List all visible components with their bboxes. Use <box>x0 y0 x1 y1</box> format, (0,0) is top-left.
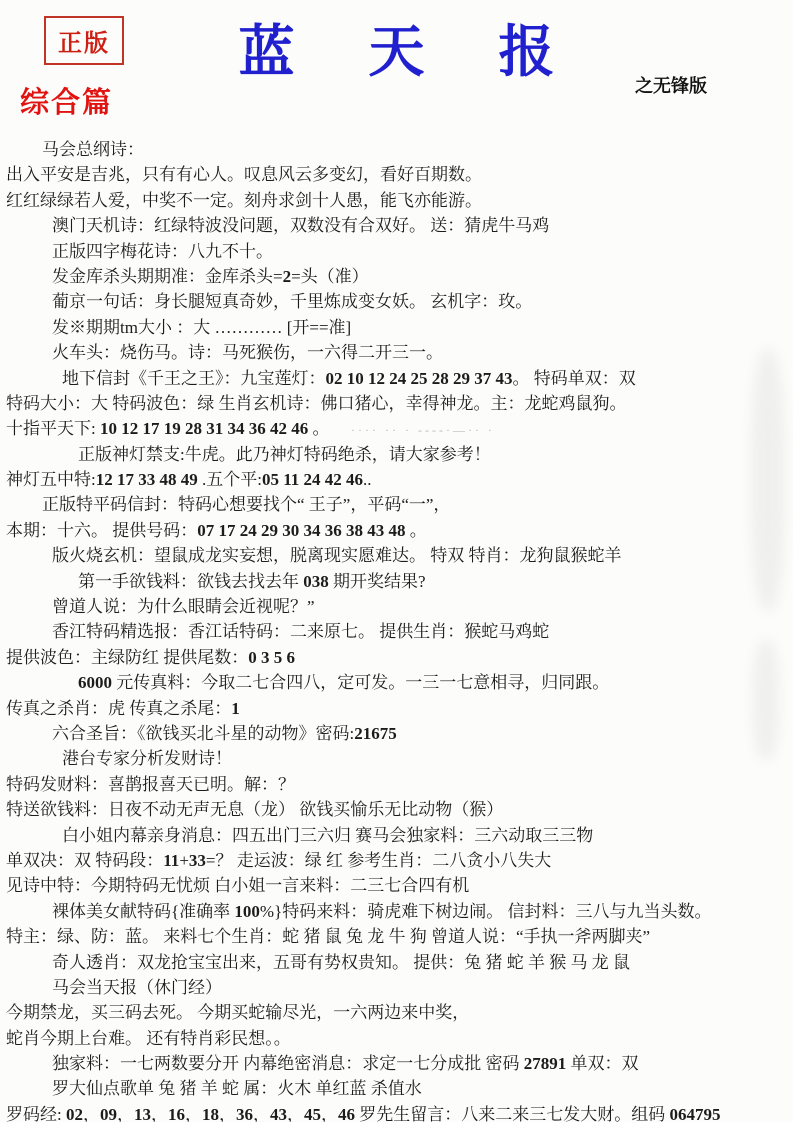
line-text: 葡京一句话：身长腿短真奇妙，千里炼成变女妖。 玄机字：玫。 <box>52 292 532 311</box>
line-text: 第一手欲钱料：欲钱去找去年 038 期开奖结果? <box>78 572 426 591</box>
line-text: 白小姐内幕亲身消息：四五出门三六归 赛马会独家料：三六动取三三物 <box>62 826 593 845</box>
newspaper-page: 正版 蓝 天 报 之无锋版 综合篇 马会总纲诗： 出入平安是吉兆，只有有心人。叹… <box>0 0 793 1122</box>
line-text: 奇人透肖：双龙抢宝宝出来，五哥有势权贵知。 提供：兔 猪 蛇 羊 猴 马 龙 鼠 <box>52 953 630 972</box>
text-line: 地下信封《千王之王》：九宝莲灯：02 10 12 24 25 28 29 37 … <box>0 366 793 391</box>
line-text: 正版神灯禁支:牛虎。此乃神灯特码绝杀，请大家参考！ <box>78 445 491 464</box>
text-line: 发金库杀头期期准：金库杀头=2=头（准） <box>0 264 793 289</box>
text-line: 出入平安是吉兆，只有有心人。叹息风云多变幻，看好百期数。 <box>0 162 793 187</box>
text-line: 澳门天机诗：红绿特波没问题，双数没有合双好。 送：猜虎牛马鸡 <box>0 213 793 238</box>
line-text: 正版特平码信封：特码心想要找个“ 王子”，平码“一”， <box>42 495 450 514</box>
line-text: 单双决：双 特码段：11+33=？ 走运波：绿 红 参考生肖：二八贪小八失大 <box>6 851 551 870</box>
line-text: 十指平天下: 10 12 17 19 28 31 34 36 42 46 。 <box>6 419 321 438</box>
line-text: 裸体美女献特码{准确率 100%}特码来料：骑虎难下树边闹。 信封料：三八与九当… <box>52 902 712 921</box>
text-line: 版火烧玄机：望鼠成龙实妄想，脱离现实愿难达。 特双 特肖：龙狗鼠猴蛇羊 <box>0 543 793 568</box>
line-text: 见诗中特：今期特码无忧烦 白小姐一言来料：二三七合四有机 <box>6 876 469 895</box>
line-text: 特码大小：大 特码波色：绿 生肖玄机诗：佛口猪心，幸得神龙。主：龙蛇鸡鼠狗。 <box>6 394 627 413</box>
line-text: 六合圣旨：《欲钱买北斗星的动物》密码:21675 <box>52 724 397 743</box>
text-line: 神灯五中特:12 17 33 48 49 .五个平:05 11 24 42 46… <box>0 467 793 492</box>
text-line: 香江特码精选报：香江话特码：二来原七。 提供生肖：猴蛇马鸡蛇 <box>0 619 793 644</box>
text-line: 传真之杀肖：虎 传真之杀尾：1 <box>0 696 793 721</box>
text-line: 今期禁龙，买三码去死。 今期买蛇输尽光，一六两边来中奖， <box>0 1000 793 1025</box>
text-line: 港台专家分析发财诗！ <box>0 746 793 771</box>
scan-dashes: ···· ·· · ----·—·· · <box>351 423 495 437</box>
text-line: 罗大仙点歌单 兔 猪 羊 蛇 属：火木 单红蓝 杀值水 <box>0 1076 793 1101</box>
line-text: 特主：绿、防：蓝。 来料七个生肖：蛇 猪 鼠 兔 龙 牛 狗 曾道人说：“手执一… <box>6 927 650 946</box>
text-line: 第一手欲钱料：欲钱去找去年 038 期开奖结果? <box>0 569 793 594</box>
line-text: 本期：十六。 提供号码：07 17 24 29 30 34 36 38 43 4… <box>6 521 427 540</box>
line-text: 港台专家分析发财诗！ <box>62 749 232 768</box>
line-text: 发※期期tm大小 ：大 ………… [开==准] <box>52 318 351 337</box>
scan-artifact <box>753 640 779 760</box>
text-line: 裸体美女献特码{准确率 100%}特码来料：骑虎难下树边闹。 信封料：三八与九当… <box>0 899 793 924</box>
line-text: 传真之杀肖：虎 传真之杀尾：1 <box>6 699 240 718</box>
line-text: 曾道人说：为什么眼睛会近视呢？” <box>52 597 315 616</box>
line-text: 发金库杀头期期准：金库杀头=2=头（准） <box>52 267 369 286</box>
text-line: 正版四字梅花诗：八九不十。 <box>0 239 793 264</box>
text-line: 单双决：双 特码段：11+33=？ 走运波：绿 红 参考生肖：二八贪小八失大 <box>0 848 793 873</box>
text-line: 特送欲钱料：日夜不动无声无息（龙） 欲钱买愉乐无比动物（猴） <box>0 797 793 822</box>
section-title: 综合篇 <box>20 80 113 121</box>
line-text: 今期禁龙，买三码去死。 今期买蛇输尽光，一六两边来中奖， <box>6 1003 469 1022</box>
text-line: 正版特平码信封：特码心想要找个“ 王子”，平码“一”， <box>0 492 793 517</box>
text-line: 特码发财料：喜鹊报喜天已明。解：？ <box>0 772 793 797</box>
text-line: 本期：十六。 提供号码：07 17 24 29 30 34 36 38 43 4… <box>0 518 793 543</box>
text-line: 特主：绿、防：蓝。 来料七个生肖：蛇 猪 鼠 兔 龙 牛 狗 曾道人说：“手执一… <box>0 924 793 949</box>
text-line: 红红绿绿若人爱，中奖不一定。刻舟求剑十人愚，能飞亦能游。 <box>0 188 793 213</box>
line-text: 蛇肖今期上台难。 还有特肖彩民想。。 <box>6 1029 291 1048</box>
line-text: 红红绿绿若人爱，中奖不一定。刻舟求剑十人愚，能飞亦能游。 <box>6 191 482 210</box>
body-text: 马会总纲诗： 出入平安是吉兆，只有有心人。叹息风云多变幻，看好百期数。 红红绿绿… <box>0 137 793 1122</box>
line-text: 罗大仙点歌单 兔 猪 羊 蛇 属：火木 单红蓝 杀值水 <box>52 1079 422 1098</box>
line-text: 火车头：烧伤马。诗：马死猴伤，一六得二开三一。 <box>52 343 443 362</box>
text-line: 正版神灯禁支:牛虎。此乃神灯特码绝杀，请大家参考！ <box>0 442 793 467</box>
text-line: 蛇肖今期上台难。 还有特肖彩民想。。 <box>0 1026 793 1051</box>
line-text: 罗码经: 02，09，13，16，18，36，43，45，46 罗先生留言：八来… <box>6 1105 720 1122</box>
text-line: 提供波色：主绿防红 提供尾数：0 3 5 6 <box>0 645 793 670</box>
text-line: 奇人透肖：双龙抢宝宝出来，五哥有势权贵知。 提供：兔 猪 蛇 羊 猴 马 龙 鼠 <box>0 950 793 975</box>
line-text: 地下信封《千王之王》：九宝莲灯：02 10 12 24 25 28 29 37 … <box>62 369 636 388</box>
line-text: 特送欲钱料：日夜不动无声无息（龙） 欲钱买愉乐无比动物（猴） <box>6 800 503 819</box>
line-text: 马会总纲诗： <box>42 140 144 159</box>
line-text: 版火烧玄机：望鼠成龙实妄想，脱离现实愿难达。 特双 特肖：龙狗鼠猴蛇羊 <box>52 546 622 565</box>
text-line: 火车头：烧伤马。诗：马死猴伤，一六得二开三一。 <box>0 340 793 365</box>
edition-label: 之无锋版 <box>635 72 707 98</box>
text-line: 见诗中特：今期特码无忧烦 白小姐一言来料：二三七合四有机 <box>0 873 793 898</box>
line-text: 香江特码精选报：香江话特码：二来原七。 提供生肖：猴蛇马鸡蛇 <box>52 622 549 641</box>
text-line: 6000 元传真料：今取二七合四八，定可发。一三一七意相寻，归同跟。 <box>0 670 793 695</box>
scan-artifact <box>751 350 785 610</box>
text-line: 马会总纲诗： <box>0 137 793 162</box>
line-text: 独家料：一七两数要分开 内幕绝密消息：求定一七分成批 密码 27891 单双：双 <box>52 1054 639 1073</box>
line-text: 马会当天报（休门经） <box>52 978 222 997</box>
line-text: 出入平安是吉兆，只有有心人。叹息风云多变幻，看好百期数。 <box>6 165 482 184</box>
text-line: 十指平天下: 10 12 17 19 28 31 34 36 42 46 。··… <box>0 416 793 441</box>
line-text: 正版四字梅花诗：八九不十。 <box>52 242 273 261</box>
line-text: 提供波色：主绿防红 提供尾数：0 3 5 6 <box>6 648 295 667</box>
text-line: 葡京一句话：身长腿短真奇妙，千里炼成变女妖。 玄机字：玫。 <box>0 289 793 314</box>
text-line: 独家料：一七两数要分开 内幕绝密消息：求定一七分成批 密码 27891 单双：双 <box>0 1051 793 1076</box>
text-line: 发※期期tm大小 ：大 ………… [开==准] <box>0 315 793 340</box>
line-text: 6000 元传真料：今取二七合四八，定可发。一三一七意相寻，归同跟。 <box>78 673 609 692</box>
text-line: 曾道人说：为什么眼睛会近视呢？” <box>0 594 793 619</box>
text-line: 特码大小：大 特码波色：绿 生肖玄机诗：佛口猪心，幸得神龙。主：龙蛇鸡鼠狗。 <box>0 391 793 416</box>
line-text: 澳门天机诗：红绿特波没问题，双数没有合双好。 送：猜虎牛马鸡 <box>52 216 549 235</box>
line-text: 特码发财料：喜鹊报喜天已明。解：？ <box>6 775 295 794</box>
text-line: 六合圣旨：《欲钱买北斗星的动物》密码:21675 <box>0 721 793 746</box>
text-line: 白小姐内幕亲身消息：四五出门三六归 赛马会独家料：三六动取三三物 <box>0 823 793 848</box>
line-text: 神灯五中特:12 17 33 48 49 .五个平:05 11 24 42 46… <box>6 470 372 489</box>
text-line: 马会当天报（休门经） <box>0 975 793 1000</box>
text-line: 罗码经: 02，09，13，16，18，36，43，45，46 罗先生留言：八来… <box>0 1102 793 1122</box>
